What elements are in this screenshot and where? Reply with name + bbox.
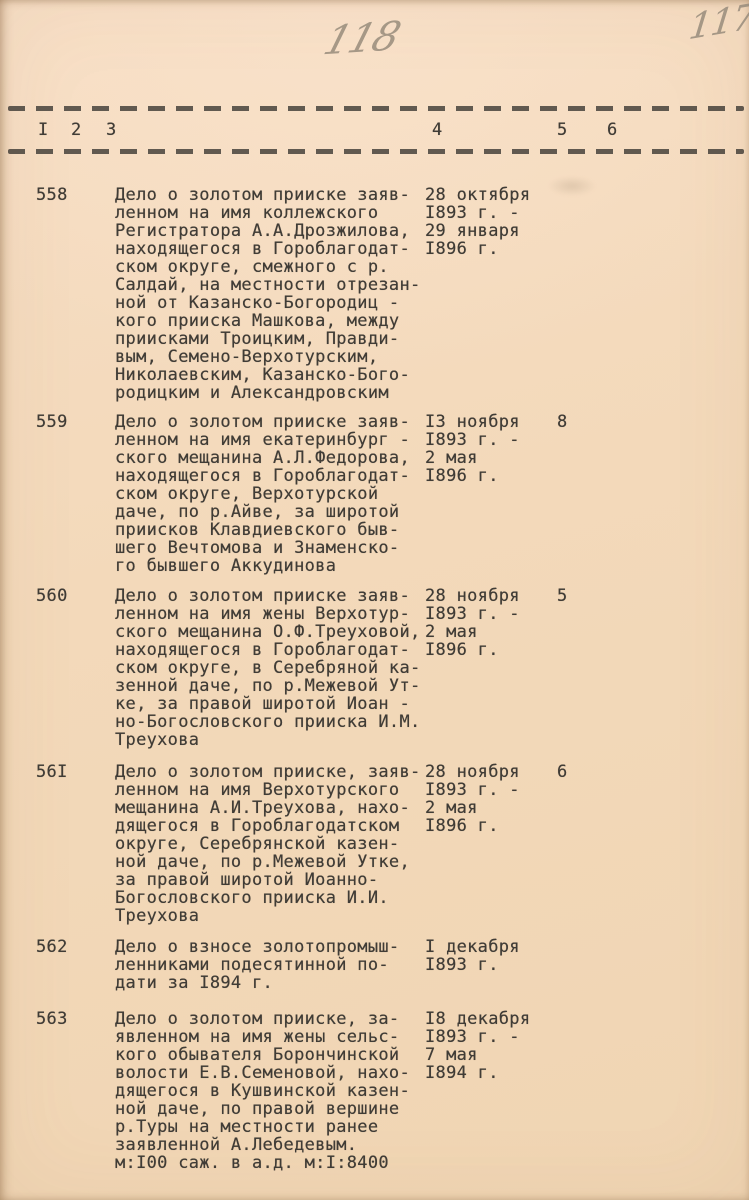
entry-dates: 28 ноября I893 г. - 2 мая I896 г.: [425, 587, 557, 659]
scanned-document-page: 118 117 I 2 3 4 5 6 558 Дело о золотом п…: [0, 0, 749, 1200]
entry-number: 560: [36, 587, 115, 605]
entry-number: 563: [36, 1010, 115, 1028]
column-header-3: 3: [106, 120, 117, 140]
dashed-rule-top: [8, 106, 744, 111]
table-row-563: 563 Дело о золотом прииске, за- явленном…: [36, 1010, 597, 1172]
handwritten-page-number-center: 118: [318, 14, 403, 65]
entry-description: Дело о золотом прииске, заяв- ленном на …: [115, 763, 425, 925]
entry-number: 558: [36, 186, 115, 204]
table-row-561: 56I Дело о золотом прииске, заяв- ленном…: [36, 763, 597, 925]
entry-number: 562: [36, 938, 115, 956]
entry-number: 559: [36, 413, 115, 431]
entry-number: 56I: [36, 763, 115, 781]
column-header-5: 5: [557, 120, 568, 140]
entry-description: Дело о золотом прииске заяв- ленном на и…: [115, 186, 425, 402]
entry-dates: I8 декабря I893 г. - 7 мая I894 г.: [425, 1010, 557, 1082]
handwritten-page-number-corner: 117: [687, 0, 749, 48]
column-header-1: I: [38, 120, 49, 140]
entry-col5-value: 6: [557, 763, 597, 781]
entry-dates: I3 ноября I893 г. - 2 мая I896 г.: [425, 413, 557, 485]
entry-dates: I декабря I893 г.: [425, 938, 557, 974]
table-row-560: 560 Дело о золотом прииске заяв- ленном …: [36, 587, 597, 749]
entry-dates: 28 ноября I893 г. - 2 мая I896 г.: [425, 763, 557, 835]
column-header-6: 6: [607, 120, 618, 140]
table-row-562: 562 Дело о взносе золотопромыш- ленникам…: [36, 938, 597, 992]
table-row-558: 558 Дело о золотом прииске заяв- ленном …: [36, 186, 597, 402]
entry-dates: 28 октября I893 г. - 29 января I896 г.: [425, 186, 557, 258]
entry-col5-value: 5: [557, 587, 597, 605]
column-header-2: 2: [71, 120, 82, 140]
entry-description: Дело о золотом прииске заяв- ленном на и…: [115, 413, 425, 575]
entry-description: Дело о золотом прииске заяв- ленном на и…: [115, 587, 425, 749]
entry-description: Дело о золотом прииске, за- явленном на …: [115, 1010, 425, 1172]
entry-col5-value: 8: [557, 413, 597, 431]
column-header-4: 4: [432, 120, 443, 140]
table-row-559: 559 Дело о золотом прииске заяв- ленном …: [36, 413, 597, 575]
dashed-rule-header-bottom: [8, 149, 744, 154]
entry-description: Дело о взносе золотопромыш- ленниками по…: [115, 938, 425, 992]
